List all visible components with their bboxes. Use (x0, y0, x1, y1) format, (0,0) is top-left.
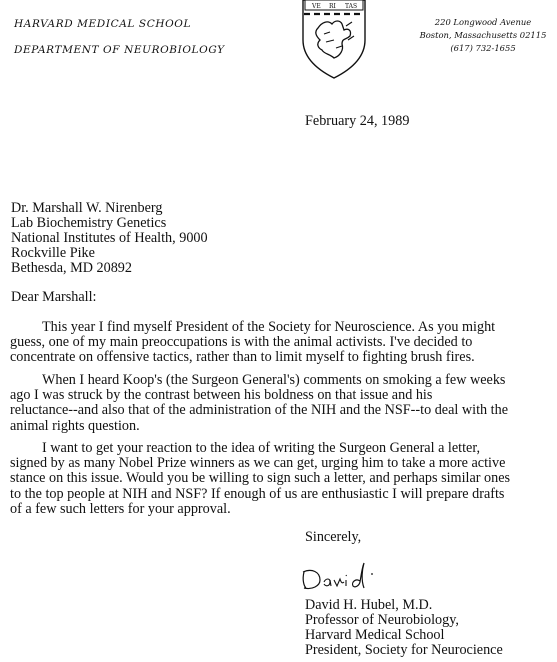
shield-motto-2: RI (329, 3, 337, 10)
letterhead-address-street: 220 Longwood Avenue (418, 16, 548, 29)
paragraph-line: This year I find myself President of the… (10, 320, 555, 335)
paragraph-line: of a few such letters for your approval. (10, 502, 555, 517)
paragraph-line: guess, one of my main preoccupations is … (10, 335, 555, 350)
letterhead-department: DEPARTMENT OF NEUROBIOLOGY (14, 44, 225, 56)
recipient-line-street: Rockville Pike (11, 246, 95, 261)
letterhead-institution: HARVARD MEDICAL SCHOOL (14, 18, 191, 30)
paragraph-line: I want to get your reaction to the idea … (10, 441, 555, 456)
shield-motto-1: VE (311, 3, 321, 10)
harvard-shield-icon: VE RI TAS (300, 0, 368, 80)
recipient-line-city: Bethesda, MD 20892 (11, 261, 132, 276)
recipient-line-institution: National Institutes of Health, 9000 (11, 231, 208, 246)
paragraph-line: stance on this issue. Would you be willi… (10, 471, 555, 486)
closing: Sincerely, (305, 530, 361, 545)
letterhead-address-city: Boston, Massachusetts 02115 (418, 29, 548, 42)
paragraph-line: concentrate on offensive tactics, rather… (10, 350, 555, 365)
signer-institution: Harvard Medical School (305, 628, 444, 643)
body-paragraph-3: I want to get your reaction to the idea … (10, 441, 555, 517)
recipient-line-lab: Lab Biochemistry Genetics (11, 216, 166, 231)
signer-name: David H. Hubel, M.D. (305, 598, 432, 613)
paragraph-line: reluctance--and also that of the adminis… (10, 403, 555, 418)
recipient-line-name: Dr. Marshall W. Nirenberg (11, 201, 162, 216)
letterhead-phone: (617) 732-1655 (418, 42, 548, 55)
paragraph-line: ago I was struck by the contrast between… (10, 388, 555, 403)
paragraph-line: to the top people at NIH and NSF? If eno… (10, 487, 555, 502)
paragraph-line: When I heard Koop's (the Surgeon General… (10, 373, 555, 388)
paragraph-line: signed by as many Nobel Prize winners as… (10, 456, 555, 471)
handwritten-signature-icon (298, 560, 378, 594)
paragraph-line: animal rights question. (10, 419, 555, 434)
signer-title: Professor of Neurobiology, (305, 613, 459, 628)
salutation: Dear Marshall: (11, 290, 97, 305)
shield-motto-3: TAS (345, 3, 357, 10)
body-paragraph-2: When I heard Koop's (the Surgeon General… (10, 373, 555, 434)
signer-society-role: President, Society for Neurocience (305, 643, 503, 658)
letter-date: February 24, 1989 (305, 114, 409, 129)
body-paragraph-1: This year I find myself President of the… (10, 320, 555, 366)
